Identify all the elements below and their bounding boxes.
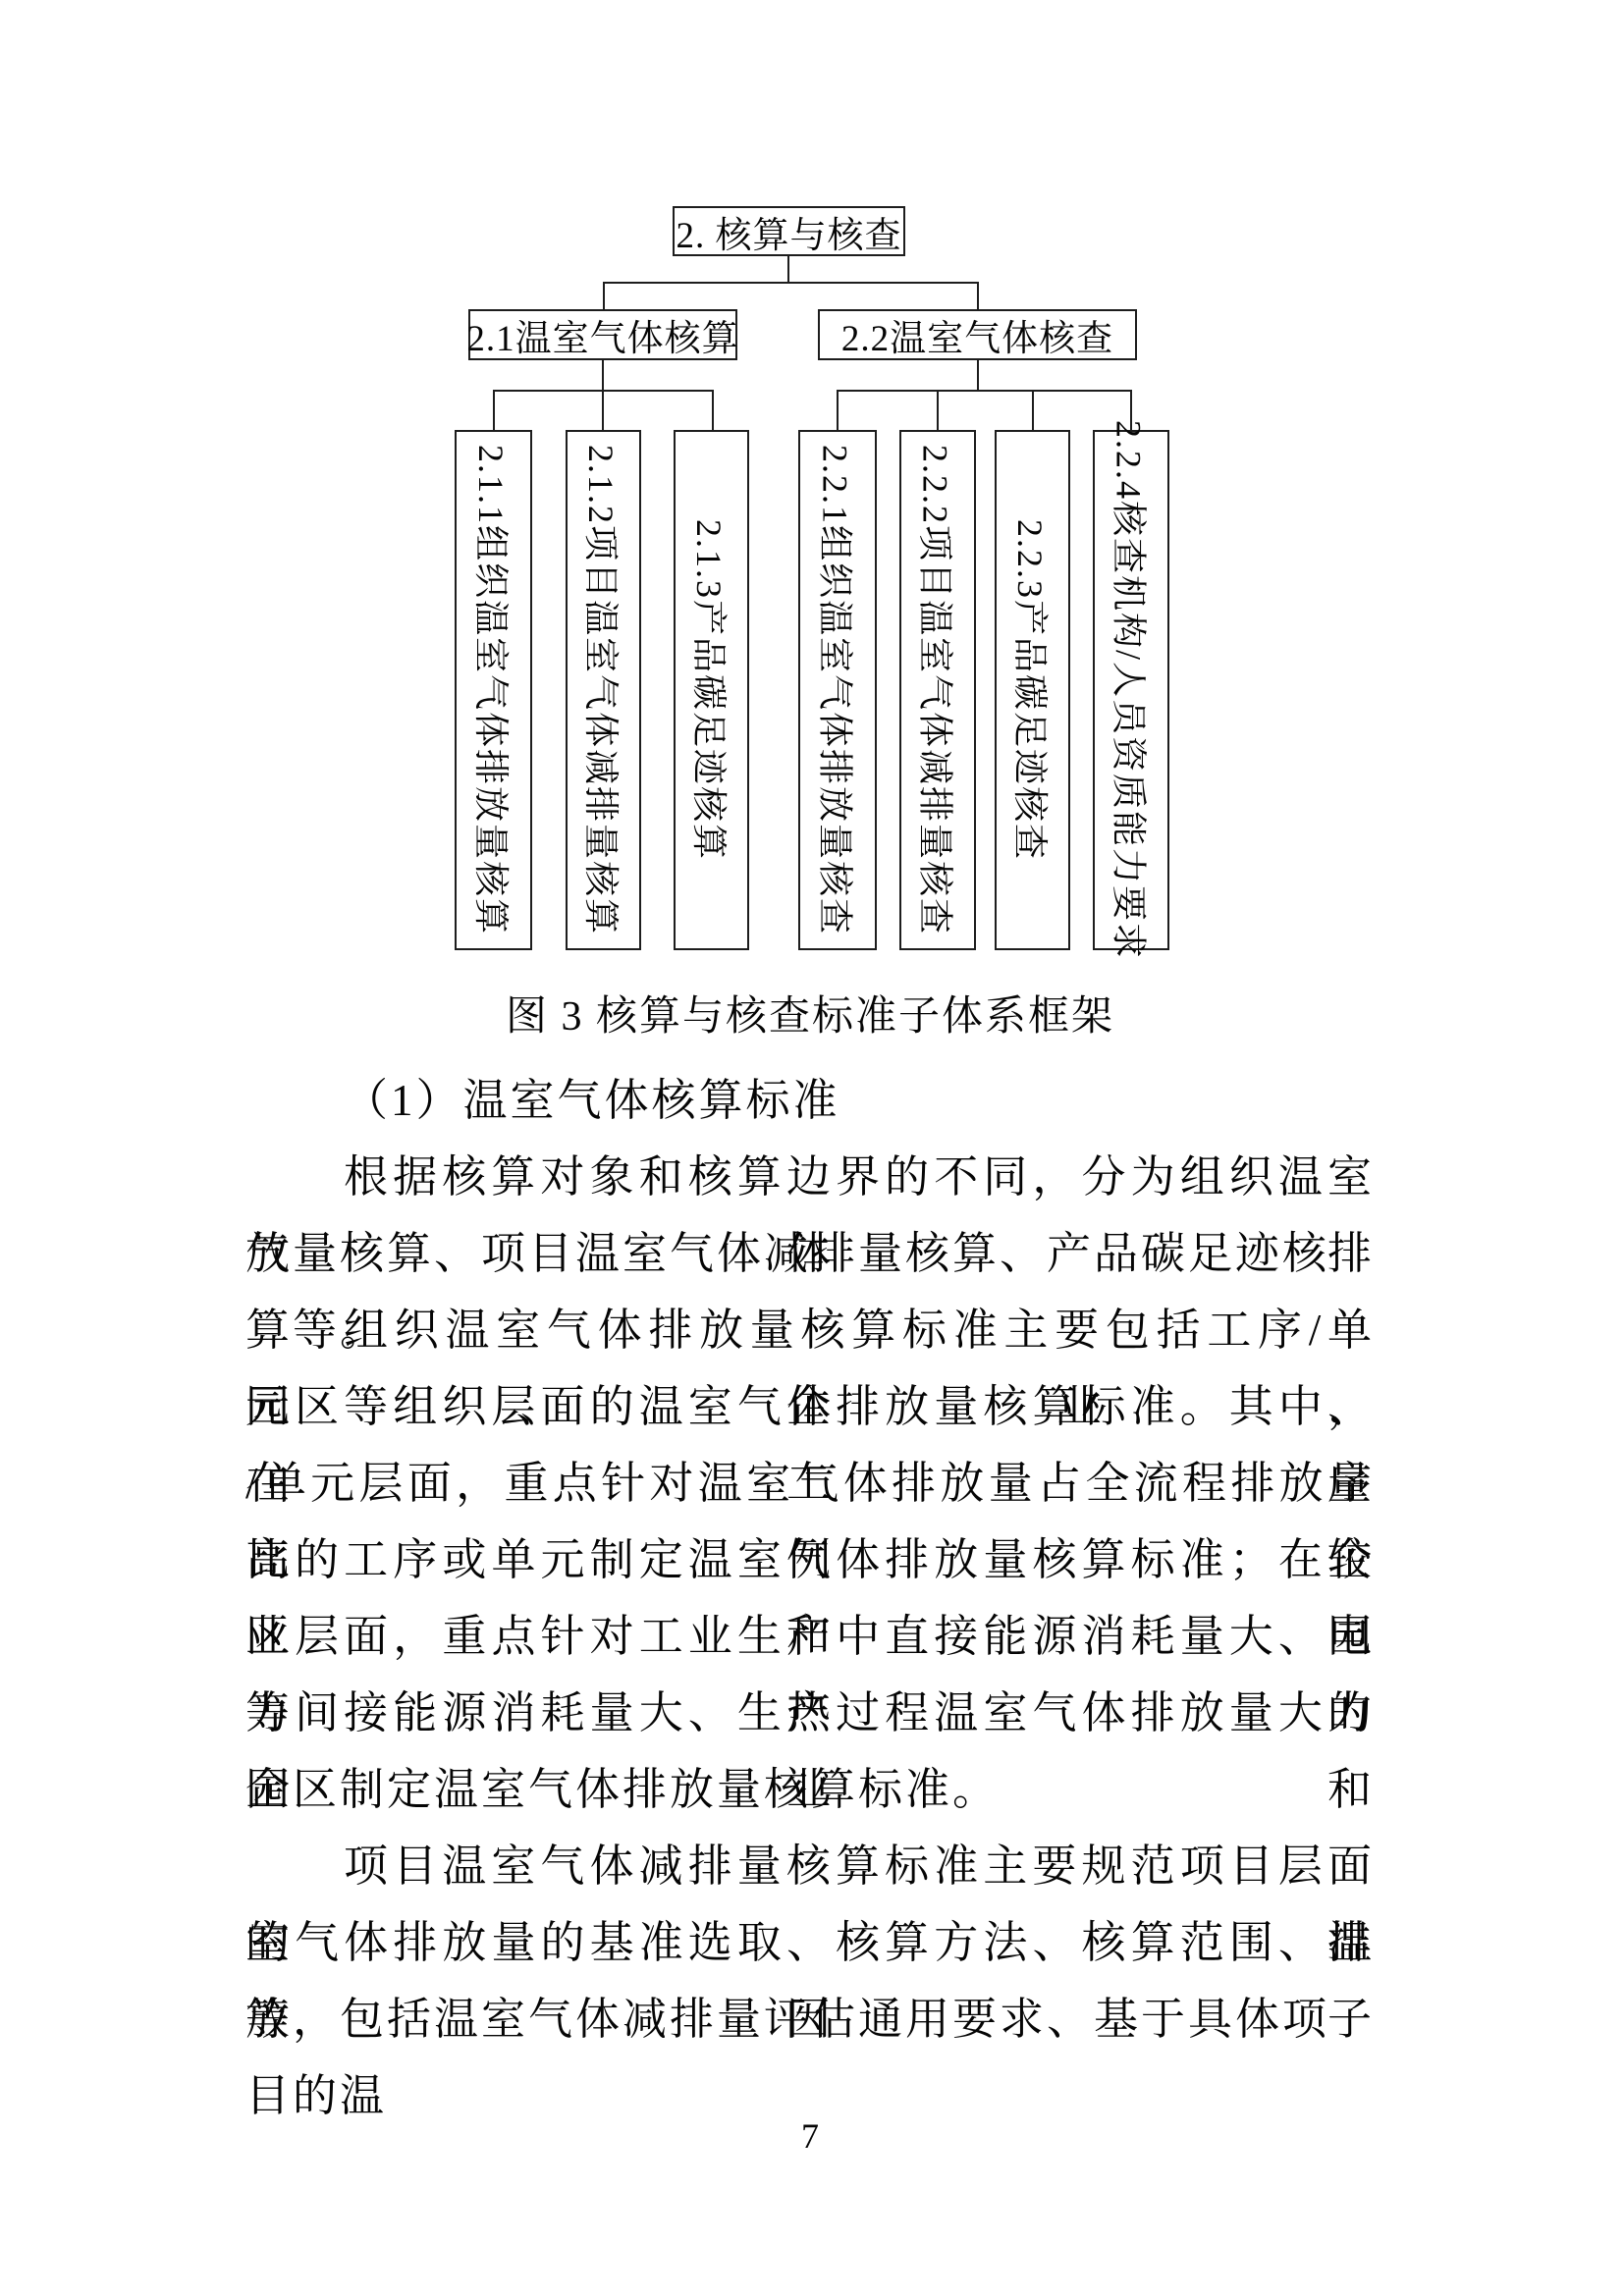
connector-line: [603, 282, 605, 309]
node-2-1-2: 2.1.2项目温室气体减排量核算: [566, 430, 641, 950]
node-root: 2. 核算与核查: [673, 206, 905, 256]
figure-3-diagram: 2. 核算与核查 2.1温室气体核算 2.2温室气体核查 2.1.1组织温室气体…: [0, 0, 1624, 982]
body-line: 等间接能源消耗量大、生产过程温室气体排放量大的企业和: [245, 1675, 1375, 1751]
node-2-1-1: 2.1.1组织温室气体排放量核算: [455, 430, 532, 950]
connector-line: [937, 390, 939, 430]
connector-line: [977, 360, 979, 392]
connector-line: [603, 282, 979, 284]
body-line: 等，包括温室气体减排量评估通用要求、基于具体项目的温: [245, 1981, 1375, 2057]
body-line: 室气体排放量的基准选取、核算方法、核算范围、排放因子: [245, 1904, 1375, 1981]
node-2-2-1: 2.2.1组织温室气体排放量核查: [798, 430, 877, 950]
connector-line: [977, 282, 979, 309]
node-2-2: 2.2温室气体核查: [818, 309, 1137, 360]
node-2-2-4: 2.2.4核查机构/人员资质能力要求: [1093, 430, 1169, 950]
connector-line: [1032, 390, 1034, 430]
connector-line: [837, 390, 839, 430]
body-line: 根据核算对象和核算边界的不同，分为组织温室气体排: [245, 1139, 1375, 1215]
connector-line: [837, 390, 1132, 392]
body-line: 区层面，重点针对工业生产中直接能源消耗量大、电力热力: [245, 1598, 1375, 1675]
body-line: 园区等组织层面的温室气体排放量核算标准。其中，在工序: [245, 1368, 1375, 1445]
body-text: （1）温室气体核算标准根据核算对象和核算边界的不同，分为组织温室气体排放量核算、…: [245, 1062, 1375, 2057]
connector-line: [493, 390, 495, 430]
document-page: 2. 核算与核查 2.1温室气体核算 2.2温室气体核查 2.1.1组织温室气体…: [0, 0, 1624, 2296]
body-line: 项目温室气体减排量核算标准主要规范项目层面的温: [245, 1828, 1375, 1904]
connector-line: [787, 256, 789, 284]
body-line: （1）温室气体核算标准: [245, 1062, 1375, 1139]
connector-line: [602, 360, 604, 392]
body-line: /单元层面，重点针对温室气体排放量占全流程排放量比例较: [245, 1445, 1375, 1522]
page-number: 7: [245, 2115, 1375, 2157]
connector-line: [602, 390, 604, 430]
node-2-2-2: 2.2.2项目温室气体减排量核查: [899, 430, 976, 950]
connector-line: [712, 390, 714, 430]
figure-caption: 图 3 核算与核查标准子体系框架: [245, 984, 1375, 1042]
body-line: 组织温室气体排放量核算标准主要包括工序/单元、企业、: [245, 1292, 1375, 1368]
body-line: 高的工序或单元制定温室气体排放量核算标准；在企业和园: [245, 1522, 1375, 1598]
body-line: 放量核算、项目温室气体减排量核算、产品碳足迹核算等。: [245, 1215, 1375, 1292]
node-2-1: 2.1温室气体核算: [468, 309, 737, 360]
node-2-2-3: 2.2.3产品碳足迹核查: [995, 430, 1070, 950]
node-2-1-3: 2.1.3产品碳足迹核算: [674, 430, 749, 950]
